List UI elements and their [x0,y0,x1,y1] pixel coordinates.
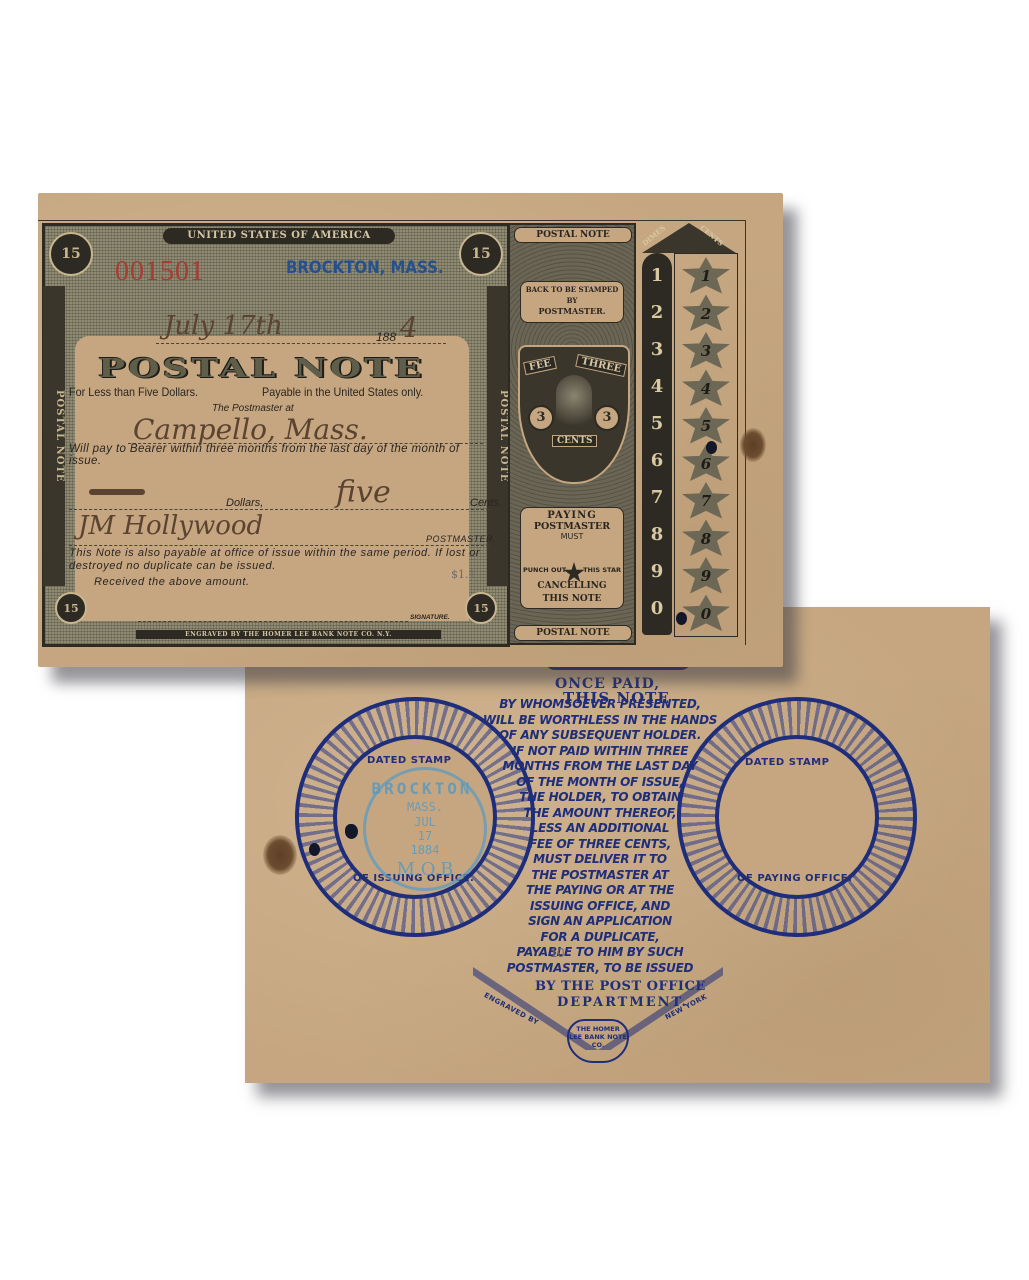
limit-text: For Less than Five Dollars. [69,385,198,399]
instr-line6: CANCELLING [521,581,623,591]
country-banner: UNITED STATES OF AMERICA [163,228,395,244]
back-stamp-notice: BACK TO BE STAMPED BY POSTMASTER. [520,281,624,323]
back-text-line: PAYABLE TO HIM BY SUCH [455,945,745,961]
dime-digit[interactable]: 4 [642,376,672,397]
postmark-day: 17 [395,829,455,843]
issue-date: July 17th [164,311,283,341]
will-pay-text: Will pay to Bearer within three months f… [69,443,484,467]
back-text-line: IF NOT PAID WITHIN THREE [455,744,745,760]
back-text-line: FOR A DUPLICATE, [455,930,745,946]
receipt-signature-line [138,621,408,622]
dime-digit[interactable]: 6 [642,450,672,471]
back-stamp-line2: BY [521,295,623,306]
dime-digit[interactable]: 0 [642,598,672,619]
fine-print: This Note is also payable at office of i… [69,547,484,573]
dimes-column: 1234567890 [642,253,672,635]
cent-digit[interactable]: 3 [681,342,731,360]
instr-line2: POSTMASTER [521,521,623,532]
back-stamp-line1: BACK TO BE STAMPED [521,284,623,295]
stain [263,835,297,875]
note-title: POSTAL NOTE [98,353,425,383]
instr-line4: PUNCH OUT [523,566,566,574]
back-text-line: OF ANY SUBSEQUENT HOLDER. [455,728,745,744]
back-text-line: THE AMOUNT THEREOF, [455,806,745,822]
instr-line5: THIS STAR [583,566,621,574]
stub-header: POSTAL NOTE [514,227,632,243]
dollars-label: Dollars, [226,497,263,509]
postmaster-signature: JM Hollywood [78,511,263,541]
postmark-office-code: M.O.B [385,859,465,880]
year-prefix: 188 [376,330,396,344]
payable-text: Payable in the United States only. [262,385,423,399]
punch-hole [309,843,320,856]
dime-digit[interactable]: 3 [642,339,672,360]
cent-digit[interactable]: 6 [681,455,731,473]
cents-label: Cents. [470,497,502,509]
back-text-line: MONTHS FROM THE LAST DAY [455,759,745,775]
cent-digit[interactable]: 7 [681,492,731,510]
postal-note-back: THIS NOTE ONCE PAID, DATED STAMP OF ISSU… [245,607,990,1083]
stain [740,428,766,462]
left-circle-top-label: DATED STAMP [367,755,451,766]
dollars-strikeout [89,489,145,495]
fee-shield: FEE THREE 3 3 CENTS [518,345,630,484]
fee-ribbon-left: FEE [523,356,557,375]
date-line [156,343,446,344]
signature-label: SIGNATURE. [410,614,450,621]
fee-coin-left: 3 [528,405,554,431]
cent-digit[interactable]: 2 [681,305,731,323]
corner-value-bottom-right: 15 [465,592,497,624]
cent-digit[interactable]: 5 [681,417,731,435]
dime-digit[interactable]: 9 [642,561,672,582]
fee-coin-right: 3 [594,405,620,431]
postal-note-front: POSTAL NOTE POSTAL NOTE 15 15 15 15 UNIT… [38,193,783,667]
dime-digit[interactable]: 1 [642,265,672,286]
serial-number: 001501 [115,256,205,288]
cent-digit[interactable]: 4 [681,380,731,398]
punch-hole-dime [676,612,687,625]
paying-office: Campello, Mass. [133,413,368,446]
back-text-line: THE HOLDER, TO OBTAIN [455,790,745,806]
corner-value-bottom-left: 15 [55,592,87,624]
dime-digit[interactable]: 8 [642,524,672,545]
amount-line [69,509,489,510]
fee-unit-ribbon: CENTS [552,435,597,447]
back-text-line: LESS AN ADDITIONAL [455,821,745,837]
back-conditions-text: BY WHOMSOEVER PRESENTED,WILL BE WORTHLES… [455,697,745,976]
dime-digit[interactable]: 5 [642,413,672,434]
punch-instructions: PAYING POSTMASTER MUST PUNCH OUT THIS ST… [520,507,624,609]
postmark-year: 1884 [395,843,455,857]
back-text-line: MUST DELIVER IT TO [455,852,745,868]
right-circle-bottom-label: OF PAYING OFFICE. [737,873,852,884]
fee-ribbon-right: THREE [575,354,627,377]
left-side-label: POSTAL NOTE [43,286,65,586]
back-text-line: OF THE MONTH OF ISSUE, [455,775,745,791]
instr-line7: THIS NOTE [521,594,623,604]
dime-digit[interactable]: 7 [642,487,672,508]
back-text-line: POSTMASTER, TO BE ISSUED [455,961,745,977]
corner-value-top-left: 15 [49,232,93,276]
signature-line [69,545,489,546]
back-footer-line1: BY THE POST OFFICE [535,979,706,994]
cents-amount: five [336,475,391,510]
back-text-line: THE PAYING OR AT THE [455,883,745,899]
pencil-note: $1.1 [451,568,476,581]
back-text-line: WILL BE WORTHLESS IN THE HANDS [455,713,745,729]
back-text-line: FEE OF THREE CENTS, [455,837,745,853]
engraver-imprint: ENGRAVED BY THE HOMER LEE BANK NOTE CO. … [136,630,441,639]
punch-hole-cent [706,441,717,454]
dime-digit[interactable]: 2 [642,302,672,323]
postmaster-label: POSTMASTER. [426,534,496,544]
fee-stub: POSTAL NOTE BACK TO BE STAMPED BY POSTMA… [508,223,636,645]
issuing-office: BROCKTON, MASS. [286,258,444,278]
back-text-line: ISSUING OFFICE, AND [455,899,745,915]
year-digit: 4 [400,311,418,344]
back-text-line: BY WHOMSOEVER PRESENTED, [455,697,745,713]
cent-digit[interactable]: 8 [681,530,731,548]
stub-footer: POSTAL NOTE [514,625,632,641]
corner-value-top-right: 15 [459,232,503,276]
instr-line1: PAYING [521,510,623,521]
right-circle-top-label: DATED STAMP [745,757,829,768]
back-header-line2: ONCE PAID, [555,676,660,692]
postmark-month: JUL [395,815,455,829]
cent-digit[interactable]: 0 [681,605,731,623]
back-stamp-line3: POSTMASTER. [521,306,623,317]
back-text-line: THE POSTMASTER AT [455,868,745,884]
postmark-state: MASS. [395,800,455,814]
received-text: Received the above amount. [94,576,250,588]
instr-line3: MUST [521,532,623,541]
liberty-bust [556,375,592,435]
cent-digit[interactable]: 9 [681,567,731,585]
back-pencil-note: 10 [550,945,564,960]
back-text-line: SIGN AN APPLICATION [455,914,745,930]
punch-hole-lower [345,824,356,837]
cent-digit[interactable]: 1 [681,267,731,285]
